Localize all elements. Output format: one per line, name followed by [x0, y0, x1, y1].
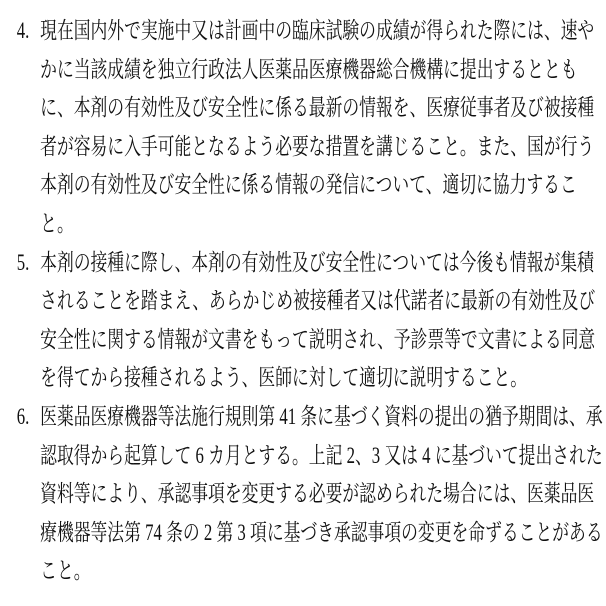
text-line: 現在国内外で実施中又は計画中の臨床試験の成績が得られた際には、速や — [40, 12, 606, 51]
item-number: 6. — [17, 398, 30, 437]
text-line: されることを踏まえ、あらかじめ被接種者又は代諾者に最新の有効性及び — [40, 282, 606, 321]
text-line: と。 — [40, 205, 606, 244]
text-line: に、本剤の有効性及び安全性に係る最新の情報を、医療従事者及び被接種 — [40, 89, 606, 128]
list-item: 6. 医薬品医療機器等法施行規則第 41 条に基づく資料の提出の猶予期間は、承 … — [17, 398, 606, 591]
text-line: かに当該成績を独立行政法人医薬品医療機器総合機構に提出するととも — [40, 51, 606, 90]
list-item: 5. 本剤の接種に際し、本剤の有効性及び安全性については今後も情報が集積 される… — [17, 244, 606, 398]
text-line: 医薬品医療機器等法施行規則第 41 条に基づく資料の提出の猶予期間は、承 — [40, 398, 606, 437]
document-page: 4. 現在国内外で実施中又は計画中の臨床試験の成績が得られた際には、速や かに当… — [0, 0, 606, 591]
item-number: 5. — [17, 244, 30, 283]
text-line: 本剤の有効性及び安全性に係る情報の発信について、適切に協力するこ — [40, 166, 606, 205]
text-line: 者が容易に入手可能となるよう必要な措置を講じること。また、国が行う — [40, 128, 606, 167]
item-number: 4. — [17, 12, 30, 51]
text-line: 安全性に関する情報が文書をもって説明され、予診票等で文書による同意 — [40, 321, 606, 360]
text-line: を得てから接種されるよう、医師に対して適切に説明すること。 — [40, 359, 606, 398]
text-line: こと。 — [40, 552, 606, 591]
text-line: 資料等により、承認事項を変更する必要が認められた場合には、医薬品医 — [40, 475, 606, 514]
text-line: 認取得から起算して 6 カ月とする。上記 2、3 又は 4 に基づいて提出された — [40, 437, 606, 476]
text-line: 本剤の接種に際し、本剤の有効性及び安全性については今後も情報が集積 — [40, 244, 606, 283]
list-item: 4. 現在国内外で実施中又は計画中の臨床試験の成績が得られた際には、速や かに当… — [17, 12, 606, 244]
text-line: 療機器等法第 74 条の 2 第 3 項に基づき承認事項の変更を命ずることがある — [40, 514, 606, 553]
